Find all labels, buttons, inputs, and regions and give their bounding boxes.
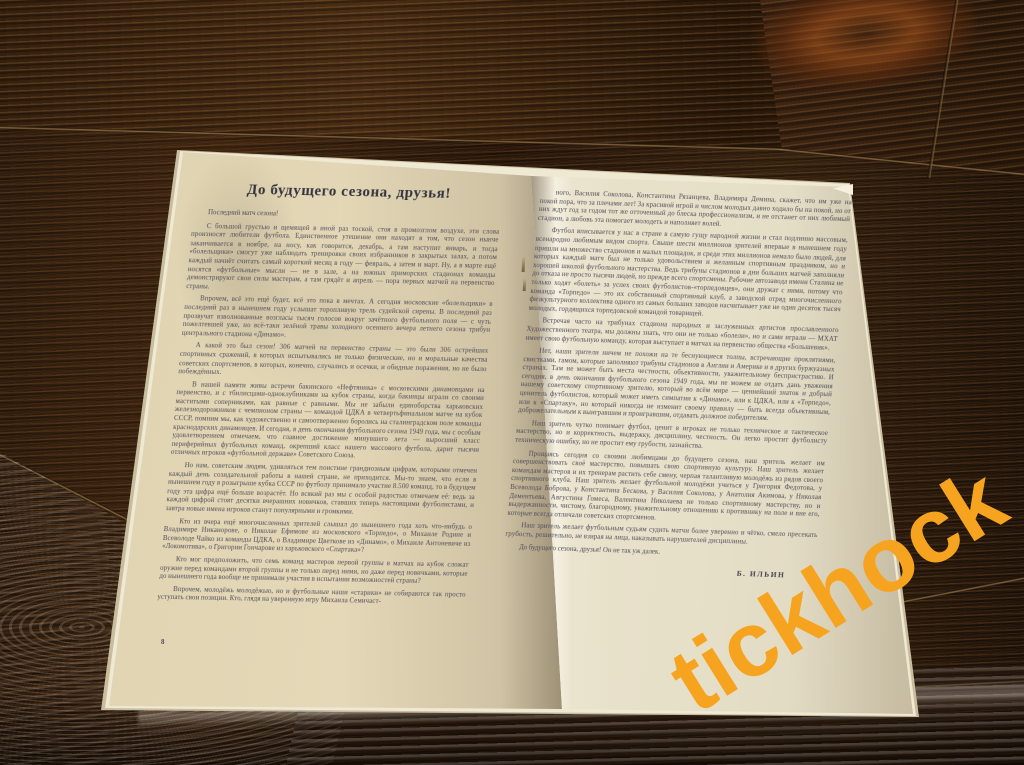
paragraph: В нашей памяти живы встречи бакинского «… xyxy=(170,381,485,464)
paragraph: Кто из вчера ещё многочисленных зрителей… xyxy=(162,518,473,558)
paragraph: Но нам, советским людям, удивляться тем … xyxy=(165,462,477,519)
signature: Б. ИЛЬИН xyxy=(502,561,786,579)
page-number: 8 xyxy=(161,638,165,646)
left-page-paragraphs: С большой грустью и щемящей в иной раз т… xyxy=(157,223,500,609)
paragraph: С большой грустью и щемящей в иной раз т… xyxy=(186,223,500,298)
paragraph: Футбол вписывается у нас в стране в саму… xyxy=(528,227,848,323)
paragraph: Прощаясь сегодня со своими любимцами до … xyxy=(507,449,825,528)
paragraph: А какой это был сезон! 306 матчей на пер… xyxy=(178,342,489,382)
right-page-paragraphs: ного, Василия Соколова, Константина Ряза… xyxy=(505,189,852,550)
lead-line: Последний матч сезона! xyxy=(193,209,501,224)
paragraph: Нет, наши зрители ничем не похожи на те … xyxy=(518,347,836,426)
paragraph: Кто мог предположить, что семь команд ма… xyxy=(159,556,469,588)
paragraph: Впрочем, всё это ещё будет, всё это пока… xyxy=(181,295,492,344)
photo-canvas: До будущего сезона, друзья! Последний ма… xyxy=(0,0,1024,765)
left-page-text: До будущего сезона, друзья! Последний ма… xyxy=(152,181,504,665)
paragraph: Впрочем, молодёжь молодёжью, но и футбол… xyxy=(157,586,466,609)
